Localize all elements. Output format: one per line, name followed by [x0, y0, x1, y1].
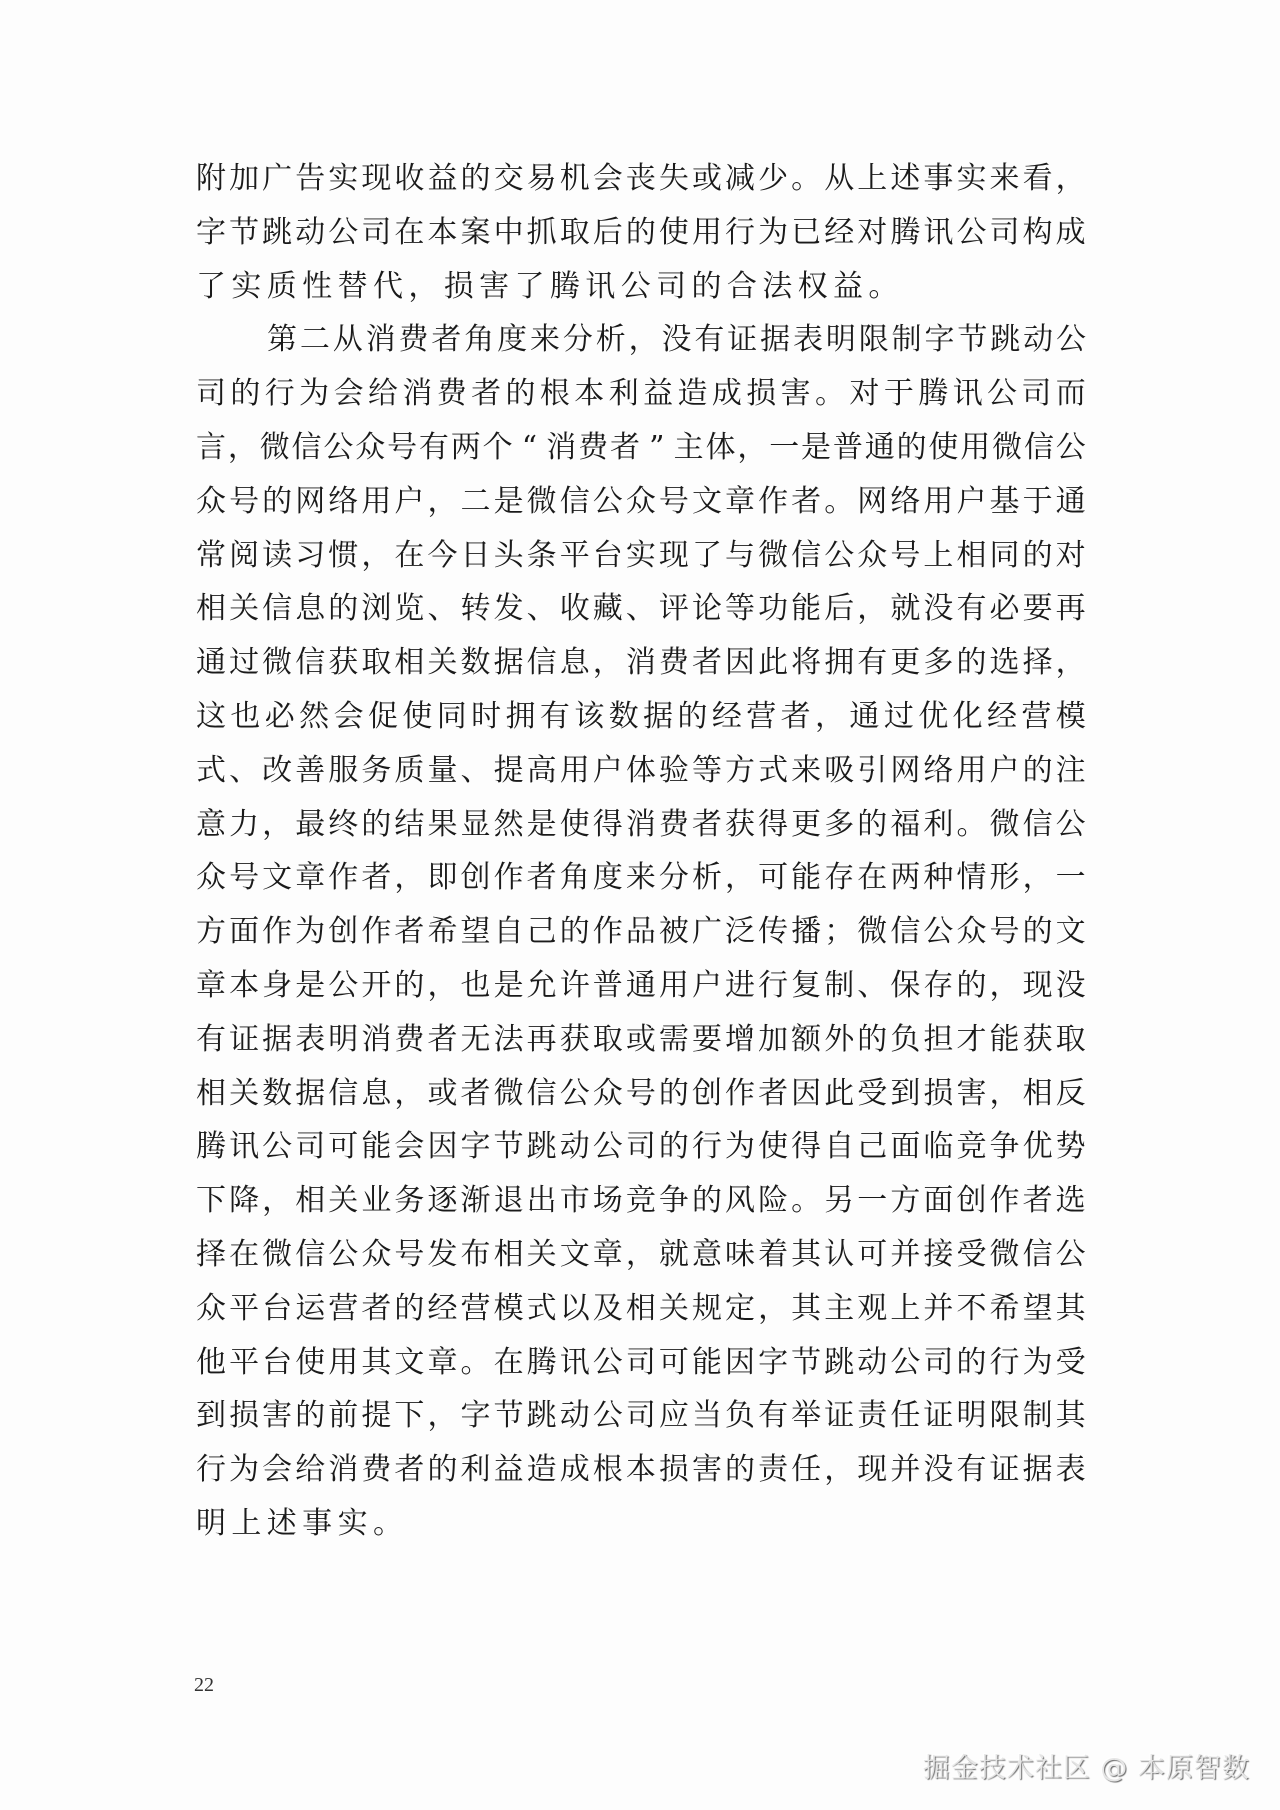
body-text: 附加广告实现收益的交易机会丧失或减少。从上述事实来看，字节跳动公司在本案中抓取后…: [196, 152, 1086, 1551]
text-line: 择在微信公众号发布相关文章，就意味着其认可并接受微信公: [196, 1228, 1086, 1282]
text-line: 通过微信获取相关数据信息，消费者因此将拥有更多的选择，: [196, 636, 1086, 690]
text-line: 字节跳动公司在本案中抓取后的使用行为已经对腾讯公司构成: [196, 206, 1086, 260]
text-line: 下降，相关业务逐渐退出市场竞争的风险。另一方面创作者选: [196, 1174, 1086, 1228]
text-line: 附加广告实现收益的交易机会丧失或减少。从上述事实来看，: [196, 152, 1086, 206]
text-line: 明上述事实。: [196, 1497, 1086, 1551]
document-page: 附加广告实现收益的交易机会丧失或减少。从上述事实来看，字节跳动公司在本案中抓取后…: [0, 0, 1280, 1810]
text-line: 众号文章作者，即创作者角度来分析，可能存在两种情形，一: [196, 851, 1086, 905]
text-line: 方面作为创作者希望自己的作品被广泛传播；微信公众号的文: [196, 905, 1086, 959]
text-line: 章本身是公开的，也是允许普通用户进行复制、保存的，现没: [196, 959, 1086, 1013]
text-line: 相关数据信息，或者微信公众号的创作者因此受到损害，相反: [196, 1067, 1086, 1121]
text-line: 了实质性替代，损害了腾讯公司的合法权益。: [196, 260, 1086, 314]
text-line: 腾讯公司可能会因字节跳动公司的行为使得自己面临竞争优势: [196, 1120, 1086, 1174]
text-line: 这也必然会促使同时拥有该数据的经营者，通过优化经营模: [196, 690, 1086, 744]
text-line: 到损害的前提下，字节跳动公司应当负有举证责任证明限制其: [196, 1389, 1086, 1443]
text-line: 众平台运营者的经营模式以及相关规定，其主观上并不希望其: [196, 1282, 1086, 1336]
text-line: 言，微信公众号有两个“消费者”主体，一是普通的使用微信公: [196, 421, 1086, 475]
text-line: 意力，最终的结果显然是使得消费者获得更多的福利。微信公: [196, 798, 1086, 852]
text-line: 有证据表明消费者无法再获取或需要增加额外的负担才能获取: [196, 1013, 1086, 1067]
watermark: 掘金技术社区 @ 本原智数: [923, 1746, 1250, 1785]
text-line: 式、改善服务质量、提高用户体验等方式来吸引网络用户的注: [196, 744, 1086, 798]
text-line: 众号的网络用户，二是微信公众号文章作者。网络用户基于通: [196, 475, 1086, 529]
text-line: 行为会给消费者的利益造成根本损害的责任，现并没有证据表: [196, 1443, 1086, 1497]
text-line: 第二从消费者角度来分析，没有证据表明限制字节跳动公: [196, 313, 1086, 367]
text-line: 他平台使用其文章。在腾讯公司可能因字节跳动公司的行为受: [196, 1336, 1086, 1390]
text-line: 司的行为会给消费者的根本利益造成损害。对于腾讯公司而: [196, 367, 1086, 421]
text-line: 常阅读习惯，在今日头条平台实现了与微信公众号上相同的对: [196, 529, 1086, 583]
text-line: 相关信息的浏览、转发、收藏、评论等功能后，就没有必要再: [196, 582, 1086, 636]
page-number: 22: [194, 1674, 214, 1697]
